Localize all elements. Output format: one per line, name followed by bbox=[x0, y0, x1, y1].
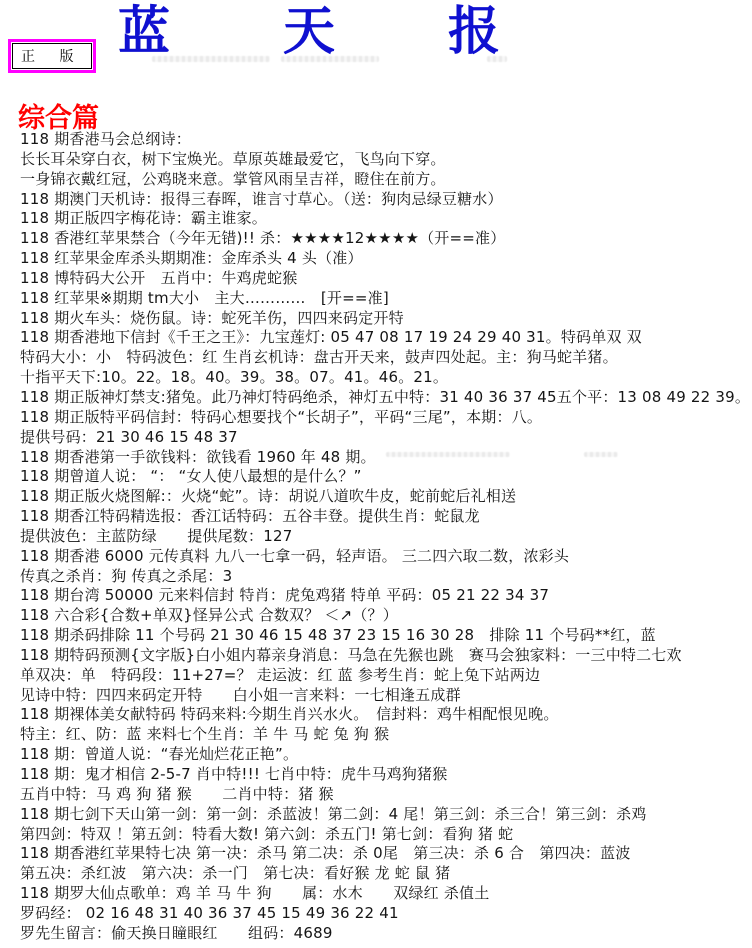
faded-watermark bbox=[152, 56, 270, 62]
content-line: 118 期香江特码精选报：香江话特码：五谷丰登。提供生肖：蛇鼠龙 bbox=[20, 507, 748, 527]
faded-watermark bbox=[487, 56, 507, 62]
faded-watermark bbox=[281, 56, 379, 62]
content-line: 提供波色：主蓝防绿 提供尾数：127 bbox=[20, 527, 748, 547]
content-line: 118 期火车头：烧伤鼠。诗：蛇死羊伤，四四来码定开特 bbox=[20, 309, 748, 329]
content-line: 118 期裸体美女献特码 特码来料:今期生肖兴水火。 信封料：鸡牛相配恨见晚。 bbox=[20, 705, 748, 725]
edition-badge-label: 正 版 bbox=[12, 43, 92, 69]
content-line: 118 期正版火烧图解:：火烧“蛇”。诗：胡说八道吹牛皮，蛇前蛇后礼相送 bbox=[20, 487, 748, 507]
content-line: 长长耳朵穿白衣，树下宝焕光。草原英雄最爱它，飞鸟向下穿。 bbox=[20, 150, 748, 170]
content-line: 118 期香港地下信封《千王之王》：九宝莲灯: 05 47 08 17 19 2… bbox=[20, 328, 748, 348]
content-line: 118 期香港第一手欲钱料：欲钱看 1960 年 48 期。 bbox=[20, 448, 748, 468]
content-line: 罗先生留言：偷天换日瞳眼红 组码：4689 bbox=[20, 924, 748, 944]
content-line: 118 红苹果金库杀头期期准：金库杀头 4 头（准） bbox=[20, 249, 748, 269]
content-line: 118 期七剑下天山第一剑：第一剑：杀蓝波！第二剑：4 尾！第三剑：杀三合！第三… bbox=[20, 805, 748, 825]
content-line: 118 期香港 6000 元传真料 九八一七拿一码，轻声语。 三二四六取二数，浓… bbox=[20, 547, 748, 567]
title-char-3: 报 bbox=[448, 0, 500, 64]
content-line: 118 期香港红苹果特七决 第一决：杀马 第二决：杀 0尾 第三决：杀 6 合 … bbox=[20, 844, 748, 864]
content-line: 118 期杀码排除 11 个号码 21 30 46 15 48 37 23 15… bbox=[20, 626, 748, 646]
title-char-2: 天 bbox=[283, 0, 335, 64]
content-line: 118 期：曾道人说：“春光灿烂花正艳”。 bbox=[20, 745, 748, 765]
content-line: 提供号码：21 30 46 15 48 37 bbox=[20, 428, 748, 448]
content-line: 118 期正版神灯禁支:猪兔。此乃神灯特码绝杀，神灯五中特：31 40 36 3… bbox=[20, 388, 748, 408]
content-line: 118 期正版特平码信封：特码心想要找个“长胡子”，平码“三尾”，本期：八。 bbox=[20, 408, 748, 428]
content-line: 118 期特码预测{文字版}白小姐内幕亲身消息：马急在先猴也跳 赛马会独家料：一… bbox=[20, 646, 748, 666]
content-line: 第五决：杀红波 第六决：杀一门 第七决：看好猴 龙 蛇 鼠 猪 bbox=[20, 864, 748, 884]
content-line: 一身锦衣戴红冠，公鸡晓来意。掌管风雨呈吉祥，瞪住在前方。 bbox=[20, 170, 748, 190]
content-line: 特码大小：小 特码波色：红 生肖玄机诗：盘古开天来，鼓声四处起。主：狗马蛇羊猪。 bbox=[20, 348, 748, 368]
content-line: 118 期：鬼才相信 2-5-7 肖中特!!! 七肖中特：虎牛马鸡狗猪猴 bbox=[20, 765, 748, 785]
content-line: 第四剑：特双 ！第五剑：特看大数! 第六剑：杀五门! 第七剑：看狗 猪 蛇 bbox=[20, 825, 748, 845]
content-line: 五肖中特：马 鸡 狗 猪 猴 二肖中特：猪 猴 bbox=[20, 785, 748, 805]
content-line: 传真之杀肖：狗 传真之杀尾：3 bbox=[20, 567, 748, 587]
content-line: 118 期罗大仙点歌单：鸡 羊 马 牛 狗 属：水木 双绿红 杀值土 bbox=[20, 884, 748, 904]
edition-badge: 正 版 bbox=[8, 39, 96, 73]
title-char-1: 蓝 bbox=[118, 0, 170, 64]
content-line: 118 期澳门天机诗：报得三春晖，谁言寸草心。（送：狗肉忌绿豆糖水） bbox=[20, 190, 748, 210]
content-line: 118 期台湾 50000 元来料信封 特肖：虎兔鸡猪 特单 平码：05 21 … bbox=[20, 586, 748, 606]
content-line: 118 期香港马会总纲诗： bbox=[20, 130, 748, 150]
content-line: 118 六合彩{合数+单双}怪异公式 合数双？ ＜↗（？） bbox=[20, 606, 748, 626]
content-line: 单双决：单 特码段：11+27=？ 走运波：红 蓝 参考生肖：蛇上兔下站两边 bbox=[20, 666, 748, 686]
content-line: 118 期正版四字梅花诗：霸主谁家。 bbox=[20, 209, 748, 229]
content-line: 118 红苹果※期期 tm大小 主大………… [开==准] bbox=[20, 289, 748, 309]
content-line: 罗码经： 02 16 48 31 40 36 37 45 15 49 36 22… bbox=[20, 904, 748, 924]
content-line: 118 香港红苹果禁合（今年无错)!! 杀：★★★★12★★★★（开==准） bbox=[20, 229, 748, 249]
content-lines: 118 期香港马会总纲诗：长长耳朵穿白衣，树下宝焕光。草原英雄最爱它，飞鸟向下穿… bbox=[20, 130, 748, 944]
content-line: 118 博特码大公开 五肖中：牛鸡虎蛇猴 bbox=[20, 269, 748, 289]
newspaper-title: 蓝 天 报 bbox=[118, 0, 500, 64]
content-line: 118 期曾道人说： “： “女人使八最想的是什么？” bbox=[20, 467, 748, 487]
content-line: 十指平天下:10。22。18。40。39。38。07。41。46。21。 bbox=[20, 368, 748, 388]
content-line: 见诗中特：四四来码定开特 白小姐一言来料：一七相逢五成群 bbox=[20, 686, 748, 706]
content-line: 特主：红、防：蓝 来料七个生肖：羊 牛 马 蛇 兔 狗 猴 bbox=[20, 725, 748, 745]
